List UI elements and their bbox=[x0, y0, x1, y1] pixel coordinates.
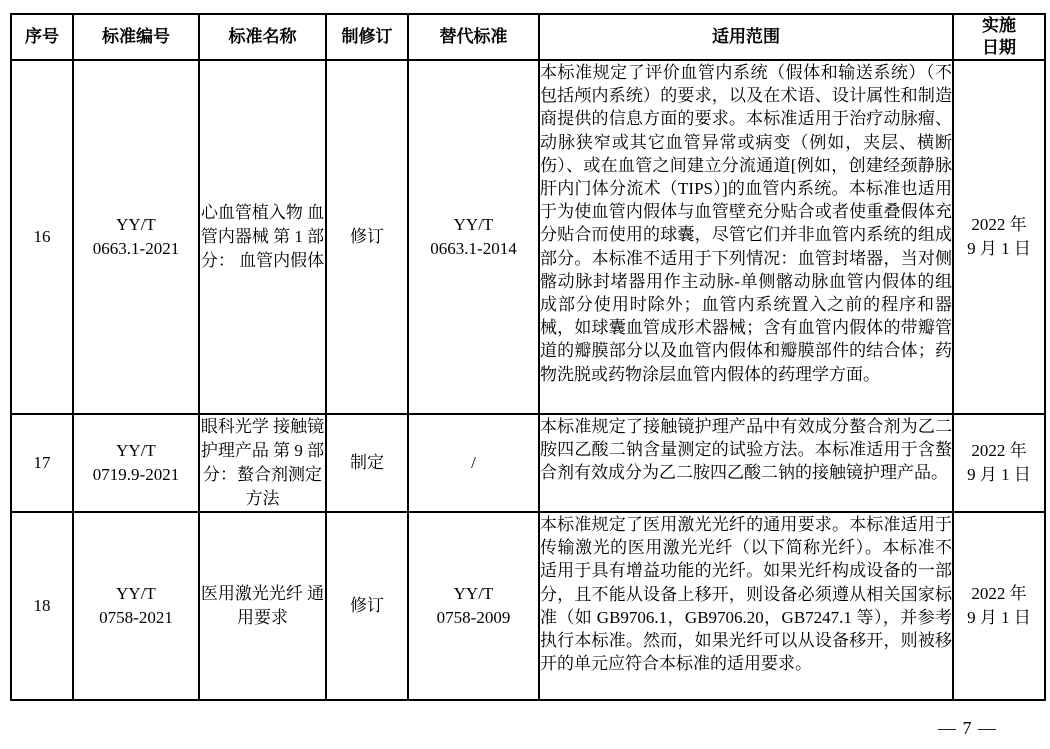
column-header-revision-type: 制修订 bbox=[326, 14, 408, 60]
cell-serial-number: 16 bbox=[11, 60, 73, 414]
column-header-scope: 适用范围 bbox=[539, 14, 953, 60]
cell-revision-type: 修订 bbox=[326, 60, 408, 414]
document-page: 序号 标准编号 标准名称 制修订 替代标准 适用范围 实施 日期 16 YY/T… bbox=[0, 0, 1050, 749]
cell-implementation-date: 2022 年 9 月 1 日 bbox=[953, 60, 1045, 414]
cell-standard-name: 眼科光学 接触镜护理产品 第 9 部分：螯合剂测定方法 bbox=[199, 414, 326, 512]
cell-revision-type: 制定 bbox=[326, 414, 408, 512]
table-header: 序号 标准编号 标准名称 制修订 替代标准 适用范围 实施 日期 bbox=[11, 14, 1045, 60]
cell-replaced-standard: YY/T 0663.1-2014 bbox=[408, 60, 539, 414]
cell-scope: 本标准规定了评价血管内系统（假体和输送系统）（不包括颅内系统）的要求，以及在术语… bbox=[539, 60, 953, 414]
cell-scope: 本标准规定了医用激光光纤的通用要求。本标准适用于传输激光的医用激光光纤（以下简称… bbox=[539, 512, 953, 700]
cell-standard-code: YY/T 0758-2021 bbox=[73, 512, 199, 700]
table-row: 17 YY/T 0719.9-2021 眼科光学 接触镜护理产品 第 9 部分：… bbox=[11, 414, 1045, 512]
column-header-implementation-date: 实施 日期 bbox=[953, 14, 1045, 60]
table-row: 16 YY/T 0663.1-2021 心血管植入物 血管内器械 第 1 部分：… bbox=[11, 60, 1045, 414]
column-header-standard-code: 标准编号 bbox=[73, 14, 199, 60]
cell-standard-name: 心血管植入物 血管内器械 第 1 部分： 血管内假体 bbox=[199, 60, 326, 414]
cell-standard-name: 医用激光光纤 通用要求 bbox=[199, 512, 326, 700]
cell-standard-code: YY/T 0663.1-2021 bbox=[73, 60, 199, 414]
cell-revision-type: 修订 bbox=[326, 512, 408, 700]
page-number: — 7 — bbox=[938, 718, 997, 738]
header-row: 序号 标准编号 标准名称 制修订 替代标准 适用范围 实施 日期 bbox=[11, 14, 1045, 60]
cell-serial-number: 18 bbox=[11, 512, 73, 700]
cell-standard-code: YY/T 0719.9-2021 bbox=[73, 414, 199, 512]
column-header-standard-name: 标准名称 bbox=[199, 14, 326, 60]
cell-scope: 本标准规定了接触镜护理产品中有效成分螯合剂为乙二胺四乙酸二钠含量测定的试验方法。… bbox=[539, 414, 953, 512]
cell-implementation-date: 2022 年 9 月 1 日 bbox=[953, 512, 1045, 700]
cell-implementation-date: 2022 年 9 月 1 日 bbox=[953, 414, 1045, 512]
column-header-replaced-standard: 替代标准 bbox=[408, 14, 539, 60]
table-body: 16 YY/T 0663.1-2021 心血管植入物 血管内器械 第 1 部分：… bbox=[11, 60, 1045, 700]
table-row: 18 YY/T 0758-2021 医用激光光纤 通用要求 修订 YY/T 07… bbox=[11, 512, 1045, 700]
column-header-serial: 序号 bbox=[11, 14, 73, 60]
cell-serial-number: 17 bbox=[11, 414, 73, 512]
cell-replaced-standard: YY/T 0758-2009 bbox=[408, 512, 539, 700]
cell-replaced-standard: / bbox=[408, 414, 539, 512]
standards-table: 序号 标准编号 标准名称 制修订 替代标准 适用范围 实施 日期 16 YY/T… bbox=[10, 13, 1046, 701]
